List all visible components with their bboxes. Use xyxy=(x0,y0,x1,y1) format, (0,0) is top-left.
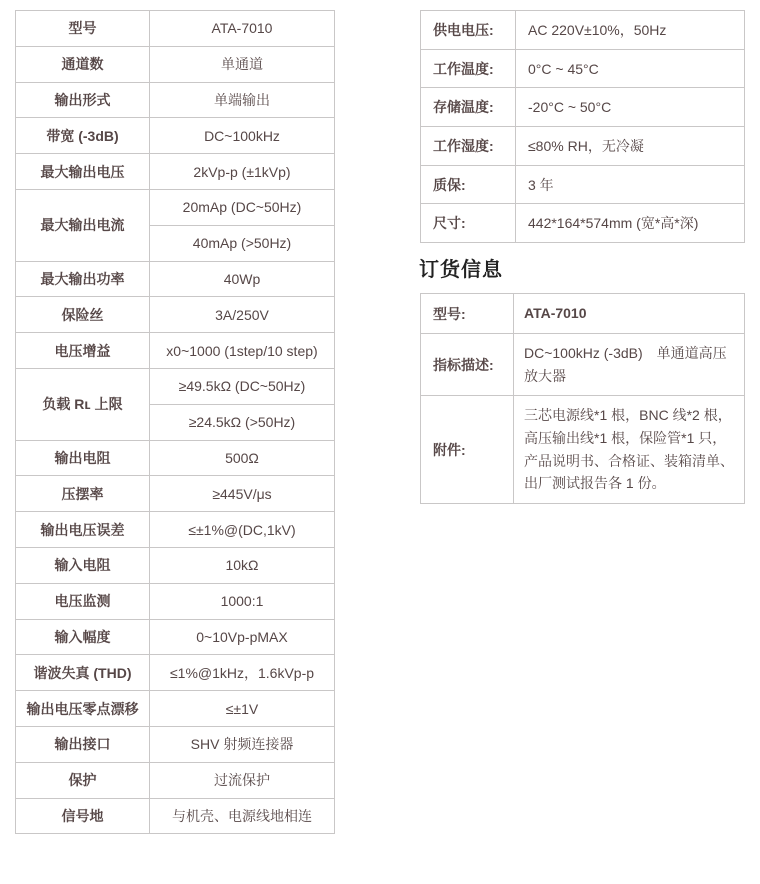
order-value-description: DC~100kHz (-3dB) 单通道高压放大器 xyxy=(514,334,745,396)
table-row: 输出形式 单端输出 xyxy=(16,82,335,118)
order-value-model: ATA-7010 xyxy=(514,294,745,334)
spec-value: 442*164*574mm (宽*高*深) xyxy=(516,204,745,243)
spec-value: 单通道 xyxy=(150,46,335,82)
spec-label: 质保: xyxy=(421,165,516,204)
order-info-table: 型号: ATA-7010 指标描述: DC~100kHz (-3dB) 单通道高… xyxy=(420,293,745,504)
spec-label: 输出电压误差 xyxy=(16,512,150,548)
spec-value: ATA-7010 xyxy=(150,11,335,47)
spec-label: 谐波失真 (THD) xyxy=(16,655,150,691)
spec-label: 最大输出功率 xyxy=(16,261,150,297)
spec-value: ≥49.5kΩ (DC~50Hz) xyxy=(150,368,335,404)
spec-value: 1000:1 xyxy=(150,583,335,619)
table-row: 保险丝 3A/250V xyxy=(16,297,335,333)
table-row: 电压增益 x0~1000 (1step/10 step) xyxy=(16,333,335,369)
spec-value: 40mAp (>50Hz) xyxy=(150,225,335,261)
order-label: 指标描述: xyxy=(421,334,514,396)
spec-value: 0~10Vp-pMAX xyxy=(150,619,335,655)
order-value-accessories: 三芯电源线*1 根，BNC 线*2 根，高压输出线*1 根，保险管*1 只，产品… xyxy=(514,396,745,504)
table-row: 型号 ATA-7010 xyxy=(16,11,335,47)
spec-label: 输出接口 xyxy=(16,726,150,762)
spec-label: 型号 xyxy=(16,11,150,47)
right-spec-table: 供电电压: AC 220V±10%，50Hz 工作温度: 0°C ~ 45°C … xyxy=(420,10,745,243)
spec-label: 保险丝 xyxy=(16,297,150,333)
spec-value: ≤±1V xyxy=(150,691,335,727)
spec-value: 0°C ~ 45°C xyxy=(516,49,745,88)
spec-label: 输出电阻 xyxy=(16,440,150,476)
table-row: 谐波失真 (THD) ≤1%@1kHz，1.6kVp-p xyxy=(16,655,335,691)
order-label: 附件: xyxy=(421,396,514,504)
spec-label: 工作湿度: xyxy=(421,127,516,166)
table-row: 最大输出功率 40Wp xyxy=(16,261,335,297)
table-row: 输出电压误差 ≤±1%@(DC,1kV) xyxy=(16,512,335,548)
spec-label: 负载 Rʟ 上限 xyxy=(16,368,150,440)
spec-label: 压摆率 xyxy=(16,476,150,512)
table-row: 输入幅度 0~10Vp-pMAX xyxy=(16,619,335,655)
spec-label: 尺寸: xyxy=(421,204,516,243)
table-row: 指标描述: DC~100kHz (-3dB) 单通道高压放大器 xyxy=(421,334,745,396)
spec-value: 10kΩ xyxy=(150,547,335,583)
table-row: 输出接口 SHV 射频连接器 xyxy=(16,726,335,762)
spec-value: 3 年 xyxy=(516,165,745,204)
spec-label: 供电电压: xyxy=(421,11,516,50)
table-row: 输出电阻 500Ω xyxy=(16,440,335,476)
spec-label: 电压增益 xyxy=(16,333,150,369)
spec-label: 带宽 (-3dB) xyxy=(16,118,150,154)
spec-label: 输出形式 xyxy=(16,82,150,118)
spec-value: 3A/250V xyxy=(150,297,335,333)
spec-label: 保护 xyxy=(16,762,150,798)
spec-value: 过流保护 xyxy=(150,762,335,798)
table-row: 电压监测 1000:1 xyxy=(16,583,335,619)
spec-label: 输入电阻 xyxy=(16,547,150,583)
spec-value: ≤80% RH，无冷凝 xyxy=(516,127,745,166)
spec-value: SHV 射频连接器 xyxy=(150,726,335,762)
spec-value: AC 220V±10%，50Hz xyxy=(516,11,745,50)
spec-value: 20mAp (DC~50Hz) xyxy=(150,189,335,225)
table-row: 尺寸: 442*164*574mm (宽*高*深) xyxy=(421,204,745,243)
spec-value: 单端输出 xyxy=(150,82,335,118)
spec-value: 与机壳、电源线地相连 xyxy=(150,798,335,834)
spec-label: 工作温度: xyxy=(421,49,516,88)
spec-value: ≤±1%@(DC,1kV) xyxy=(150,512,335,548)
spec-label: 最大输出电压 xyxy=(16,154,150,190)
table-row: 存储温度: -20°C ~ 50°C xyxy=(421,88,745,127)
spec-label: 输入幅度 xyxy=(16,619,150,655)
spec-label: 通道数 xyxy=(16,46,150,82)
order-label: 型号: xyxy=(421,294,514,334)
spec-label: 最大输出电流 xyxy=(16,189,150,261)
table-row: 输出电压零点漂移 ≤±1V xyxy=(16,691,335,727)
spec-value: ≤1%@1kHz，1.6kVp-p xyxy=(150,655,335,691)
spec-value: 2kVp-p (±1kVp) xyxy=(150,154,335,190)
table-row: 压摆率 ≥445V/μs xyxy=(16,476,335,512)
spec-value: ≥24.5kΩ (>50Hz) xyxy=(150,404,335,440)
spec-value: -20°C ~ 50°C xyxy=(516,88,745,127)
spec-label: 输出电压零点漂移 xyxy=(16,691,150,727)
table-row: 型号: ATA-7010 xyxy=(421,294,745,334)
table-row: 负载 Rʟ 上限 ≥49.5kΩ (DC~50Hz) xyxy=(16,368,335,404)
spec-value: DC~100kHz xyxy=(150,118,335,154)
table-row: 工作湿度: ≤80% RH，无冷凝 xyxy=(421,127,745,166)
table-row: 通道数 单通道 xyxy=(16,46,335,82)
table-row: 保护 过流保护 xyxy=(16,762,335,798)
spec-value: ≥445V/μs xyxy=(150,476,335,512)
table-row: 附件: 三芯电源线*1 根，BNC 线*2 根，高压输出线*1 根，保险管*1 … xyxy=(421,396,745,504)
table-row: 最大输出电压 2kVp-p (±1kVp) xyxy=(16,154,335,190)
table-row: 输入电阻 10kΩ xyxy=(16,547,335,583)
left-spec-table: 型号 ATA-7010 通道数 单通道 输出形式 单端输出 带宽 (-3dB) … xyxy=(15,10,335,834)
table-row: 质保: 3 年 xyxy=(421,165,745,204)
spec-label: 电压监测 xyxy=(16,583,150,619)
spec-sheet-page: 型号 ATA-7010 通道数 单通道 输出形式 单端输出 带宽 (-3dB) … xyxy=(0,0,760,884)
table-row: 最大输出电流 20mAp (DC~50Hz) xyxy=(16,189,335,225)
order-info-heading: 订货信息 xyxy=(419,253,503,282)
spec-label: 信号地 xyxy=(16,798,150,834)
table-row: 供电电压: AC 220V±10%，50Hz xyxy=(421,11,745,50)
spec-value: 40Wp xyxy=(150,261,335,297)
spec-value: x0~1000 (1step/10 step) xyxy=(150,333,335,369)
table-row: 信号地 与机壳、电源线地相连 xyxy=(16,798,335,834)
spec-label: 存储温度: xyxy=(421,88,516,127)
spec-value: 500Ω xyxy=(150,440,335,476)
table-row: 带宽 (-3dB) DC~100kHz xyxy=(16,118,335,154)
table-row: 工作温度: 0°C ~ 45°C xyxy=(421,49,745,88)
